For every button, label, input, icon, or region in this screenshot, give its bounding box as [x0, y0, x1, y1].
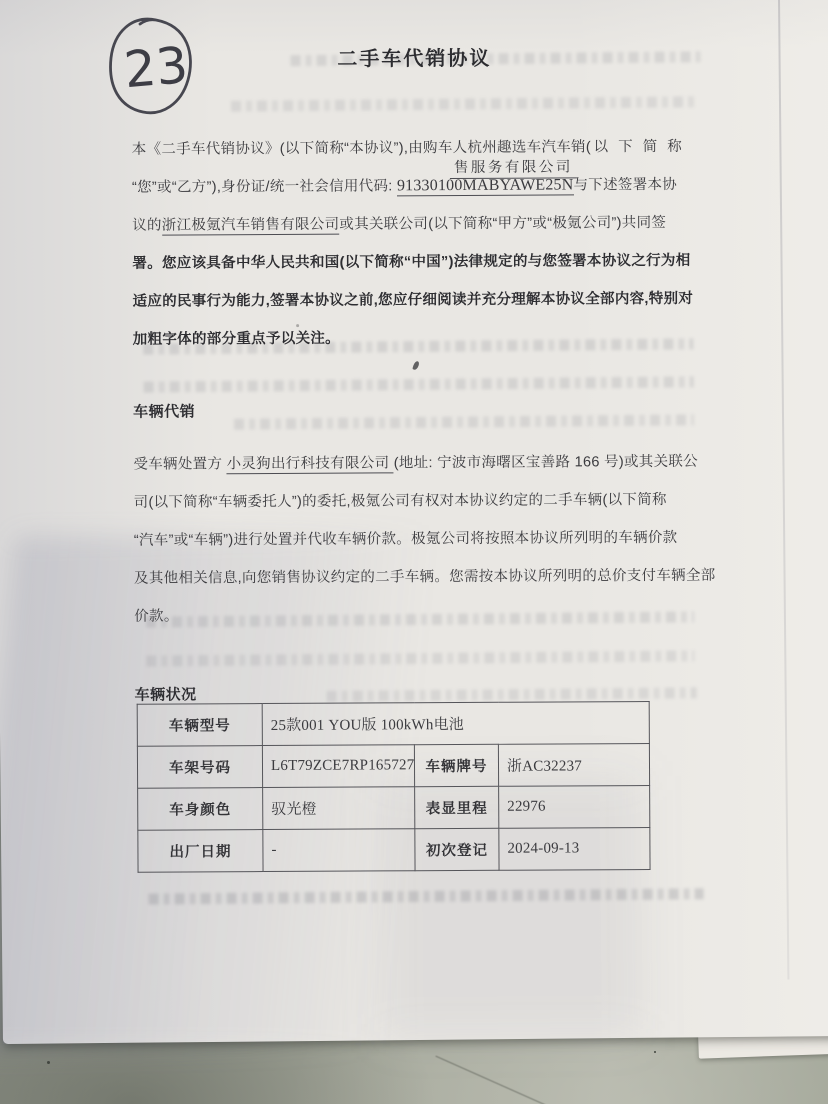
- text-segment: 或其关联公司(以下简称“甲方”或“极氪公司”)共同签: [339, 215, 666, 233]
- text-segment: 加粗字体的部分重点予以关注。: [133, 331, 340, 348]
- paragraph-line: “汽车”或“车辆”)进行处置并代收车辆价款。极氪公司将按照本协议所列明的车辆价款: [134, 519, 704, 560]
- text-segment: (地址: 宁波市海曙区宝善路 166 号)或其关联公: [394, 454, 698, 472]
- bleed-through-artifact: [234, 414, 694, 429]
- text-segment: 议的: [132, 218, 162, 234]
- ink-speck: [412, 360, 419, 370]
- table-row: 车辆型号25款001 YOU版 100kWh电池: [137, 702, 649, 747]
- text-segment: (以 下 简 称: [586, 139, 685, 156]
- paragraph-line: 司(以下简称“车辆委托人”)的委托,极氪公司有权对本协议约定的二手车辆(以下简称: [134, 481, 704, 522]
- text-segment: 91330100MABYAWE25N: [397, 176, 574, 196]
- table-value-cell: 浙AC32237: [498, 744, 649, 787]
- buyer-name-overflow-field: 售服务有限公司: [450, 155, 577, 179]
- table-label-cell: 表显里程: [415, 786, 499, 828]
- table-value-cell: L6T79ZCE7RP165727: [262, 745, 414, 788]
- paragraph-line: 本《二手车代销协议》(以下简称“本协议”),由购车人杭州趣选车汽车销(以 下 简…: [132, 128, 702, 169]
- paragraph-line: 及其他相关信息,向您销售协议约定的二手车辆。您需按本协议所列明的总价支付车辆全部: [134, 557, 704, 598]
- paper-crease: [778, 0, 790, 979]
- table-value-cell: 驭光橙: [263, 787, 415, 830]
- table-value-cell: 22976: [499, 786, 650, 829]
- table-row: 车架号码L6T79ZCE7RP165727车辆牌号浙AC32237: [137, 744, 649, 789]
- paragraph-line: 价款。: [134, 595, 704, 636]
- table-label-cell: 初次登记: [415, 828, 499, 870]
- bleed-through-artifact: [144, 376, 694, 392]
- paragraph-line: 署。您应该具备中华人民共和国(以下简称“中国”)法律规定的与您签署本协议之行为相: [132, 242, 702, 283]
- section-heading-condition: 车辆状况: [135, 683, 197, 704]
- intro-paragraph: 本《二手车代销协议》(以下简称“本协议”),由购车人杭州趣选车汽车销(以 下 简…: [132, 128, 703, 359]
- countertop-vein: [435, 1056, 554, 1104]
- document-title: 二手车代销协议: [131, 41, 697, 73]
- consignment-paragraph: 受车辆处置方 小灵狗出行科技有限公司 (地址: 宁波市海曙区宝善路 166 号)…: [133, 443, 704, 636]
- paragraph-line: “您”或“乙方”),身份证/统一社会信用代码: 91330100MABYAWE2…: [132, 166, 702, 207]
- table-label-cell: 车架号码: [137, 746, 262, 789]
- document-content: 二手车代销协议 本《二手车代销协议》(以下简称“本协议”),由购车人杭州趣选车汽…: [131, 0, 701, 1]
- text-segment: 杭州趣选车汽车销: [467, 139, 585, 156]
- countertop-speck: [654, 1051, 656, 1053]
- paragraph-line: 议的浙江极氪汽车销售有限公司或其关联公司(以下简称“甲方”或“极氪公司”)共同签: [132, 204, 702, 245]
- photo-of-document: { "colors": { "paper": "#e9e7e3", "backg…: [0, 0, 828, 1104]
- document-page: 二手车代销协议 本《二手车代销协议》(以下简称“本协议”),由购车人杭州趣选车汽…: [0, 0, 828, 1044]
- vehicle-condition-table: 车辆型号25款001 YOU版 100kWh电池车架号码L6T79ZCE7RP1…: [137, 701, 651, 873]
- table-label-cell: 车身颜色: [138, 788, 263, 831]
- bleed-through-artifact: [149, 888, 704, 904]
- paragraph-line: 适应的民事行为能力,签署本协议之前,您应仔细阅读并充分理解本协议全部内容,特别对: [132, 280, 702, 321]
- text-segment: 署。您应该具备中华人民共和国(以下简称“中国”)法律规定的与您签署本协议之行为相: [132, 253, 690, 272]
- text-segment: 价款。: [134, 608, 178, 624]
- table-value-cell: 2024-09-13: [499, 828, 650, 871]
- table-label-cell: 车辆牌号: [414, 744, 498, 786]
- text-segment: 适应的民事行为能力,签署本协议之前,您应仔细阅读并充分理解本协议全部内容,特别对: [133, 291, 694, 310]
- bleed-through-artifact: [146, 650, 694, 666]
- table-value-cell: -: [263, 829, 415, 872]
- text-segment: 受车辆处置方: [133, 456, 226, 472]
- text-segment: 及其他相关信息,向您销售协议约定的二手车辆。您需按本协议所列明的总价支付车辆全部: [134, 568, 716, 587]
- circled-number-text: 23: [122, 36, 190, 99]
- text-segment: 司(以下简称“车辆委托人”)的委托,极氪公司有权对本协议约定的二手车辆(以下简称: [134, 492, 667, 511]
- paragraph-line: 受车辆处置方 小灵狗出行科技有限公司 (地址: 宁波市海曙区宝善路 166 号)…: [133, 443, 703, 484]
- table-row: 出厂日期-初次登记2024-09-13: [138, 828, 650, 873]
- countertop-speck: [47, 1061, 50, 1064]
- bleed-through-artifact: [231, 96, 696, 111]
- text-segment: “您”或“乙方”),身份证/统一社会信用代码:: [132, 178, 397, 195]
- text-segment: “汽车”或“车辆”)进行处置并代收车辆价款。极氪公司将按照本协议所列明的车辆价款: [134, 530, 678, 549]
- bleed-through-artifact: [327, 687, 697, 702]
- text-segment: 本《二手车代销协议》(以下简称“本协议”),由购车人: [132, 140, 468, 158]
- text-segment: 浙江极氪汽车销售有限公司: [162, 217, 340, 236]
- text-segment: 与下述签署本协: [573, 177, 677, 194]
- table-label-cell: 出厂日期: [138, 830, 263, 873]
- text-segment: 小灵狗出行科技有限公司: [227, 455, 394, 474]
- section-heading-consignment: 车辆代销: [133, 400, 195, 421]
- table-label-cell: 车辆型号: [137, 704, 262, 747]
- table-value-cell: 25款001 YOU版 100kWh电池: [262, 702, 649, 746]
- handwritten-circled-number: 23: [102, 14, 202, 118]
- paragraph-line: 加粗字体的部分重点予以关注。: [133, 318, 703, 359]
- table-row: 车身颜色驭光橙表显里程22976: [138, 786, 650, 831]
